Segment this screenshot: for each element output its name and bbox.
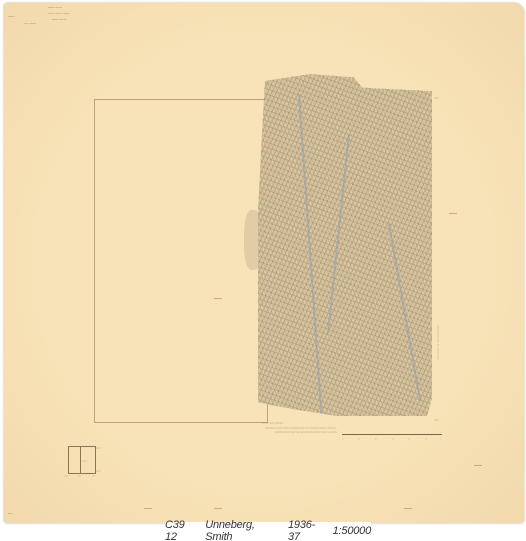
- map-scale: 1:50000: [333, 525, 371, 537]
- top-note-line-1: ~~~ ~~~: [48, 5, 62, 10]
- survey-years: 1936-37: [288, 519, 325, 541]
- scale-tick: ~: [375, 437, 377, 441]
- catalog-label: C39 12 Unneberg, Smith 1936-37 1:50000: [165, 522, 371, 540]
- registration-mark: [404, 508, 412, 509]
- right-margin-text: ~~~ ~~~~ ~~ ~~~~~~~~~~~: [436, 325, 440, 360]
- topographic-map-area[interactable]: [258, 74, 432, 416]
- index-label: ~~~: [96, 446, 101, 450]
- top-note-line-2: ~~~ ~~~ ~~~: [48, 11, 69, 16]
- corner-coordinate: ~~~: [434, 96, 439, 100]
- registration-mark: [449, 213, 457, 214]
- scale-tick: ~: [358, 437, 360, 441]
- index-label: ~~~: [82, 459, 87, 463]
- index-label: ~~: [78, 474, 81, 478]
- top-note-line-3: ~~~ ~~~: [52, 17, 66, 22]
- registration-mark: [144, 508, 152, 509]
- river-line: [298, 94, 322, 413]
- surveyors: Unneberg, Smith: [205, 519, 280, 541]
- corner-note: ~~~: [8, 14, 15, 19]
- scale-bar: [342, 434, 442, 435]
- scale-tick: ~: [440, 437, 442, 441]
- scale-tick: ~: [392, 437, 394, 441]
- left-note: ~~ ~~~: [24, 21, 36, 26]
- scale-tick: ~: [408, 437, 410, 441]
- scale-tick: ~: [342, 437, 344, 441]
- registration-mark: [214, 508, 222, 509]
- river-line: [327, 134, 350, 333]
- river-line: [388, 224, 421, 402]
- index-label: ~~: [92, 474, 95, 478]
- index-label: ~~~: [96, 469, 101, 473]
- registration-mark: [474, 465, 482, 466]
- scale-tick: ~: [425, 437, 427, 441]
- map-caption-2: ~~~~~~~~~ ~~~ ~~ ~~~~~~~~ ~~~~ ~~~~ ~ ~~…: [275, 430, 337, 434]
- sheet-frame-outline: [94, 99, 268, 423]
- sheet-id: C39 12: [165, 519, 197, 541]
- bottom-left-note: ~~: [8, 511, 12, 516]
- corner-coordinate: ~~~: [434, 418, 439, 422]
- index-label: ~~: [64, 474, 67, 478]
- map-margin-text: ~~~~ ~~~ ~~~~~: [262, 421, 283, 425]
